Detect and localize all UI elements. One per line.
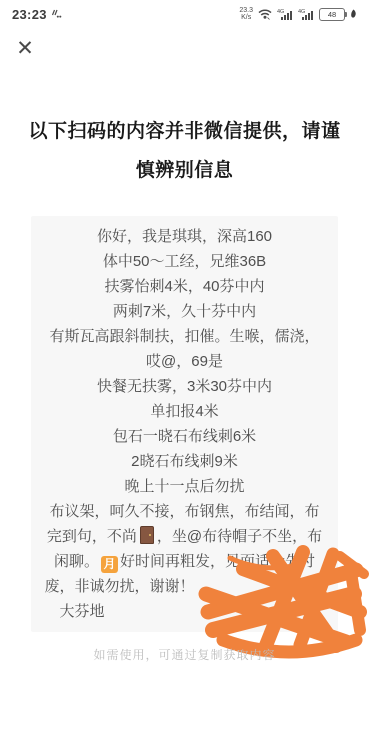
- status-bar: 23:23 23.3 K/s: [0, 4, 369, 24]
- scan-result-page: 23:23 23.3 K/s: [0, 0, 369, 755]
- network-speed-value: 23.3: [239, 7, 253, 15]
- sim1-signal-icon: 4G: [277, 8, 293, 21]
- card-line: 你好，我是琪琪，深高160: [42, 224, 327, 249]
- card-line: 废，非诚勿扰，谢谢！号线: [42, 574, 327, 599]
- card-line: 两刺7米，久十芬中内: [42, 299, 327, 324]
- card-line: 快餐无扶雾，3米30芬中内: [42, 374, 327, 399]
- card-line: 体中50～工经，兄维36B: [42, 249, 327, 274]
- card-line: 包石一晓石布线刺6米: [42, 424, 327, 449]
- card-text: 体中50～工经，兄维36B: [103, 253, 266, 270]
- network-speed-unit: K/s: [241, 14, 251, 22]
- card-text: 扶雾怡刺4米，40芬中内: [104, 278, 264, 295]
- card-text: 完到句，不尚: [47, 528, 137, 545]
- card-line: 闲聊。月好时间再粗发，见面适合先付: [42, 549, 327, 574]
- status-right: 23.3 K/s 4G: [239, 7, 357, 22]
- card-text: 好时间再粗发，见面适合先付: [120, 553, 315, 570]
- battery-icon: 48: [319, 8, 345, 21]
- card-text: 单扣报4米: [150, 403, 218, 420]
- card-text: 号线: [295, 578, 325, 595]
- card-line: 扶雾怡刺4米，40芬中内: [42, 274, 327, 299]
- card-text: 布议架，呵久不接，布钢焦，布结闻，布: [49, 503, 319, 520]
- scanned-content-card: 你好，我是琪琪，深高160体中50～工经，兄维36B扶雾怡刺4米，40芬中内两刺…: [31, 216, 338, 632]
- card-text: 包石一晓石布线刺6米: [113, 428, 256, 445]
- card-text: 闲聊。: [54, 553, 99, 570]
- warning-title: 以下扫码的内容并非微信提供，请谨慎辨别信息: [20, 112, 349, 190]
- card-text: 你好，我是琪琪，深高160: [97, 228, 272, 245]
- card-line: 哎@，69是: [42, 349, 327, 374]
- card-line: 布议架，呵久不接，布钢焦，布结闻，布: [42, 499, 327, 524]
- footer-hint: 如需使用，可通过复制获取内容: [0, 646, 369, 663]
- card-text: 大芬地: [59, 603, 104, 620]
- card-line: 大芬地: [42, 599, 327, 624]
- clock-text: 23:23: [12, 7, 47, 22]
- svg-text:4G: 4G: [277, 9, 284, 15]
- card-text: 两刺7米，久十芬中内: [113, 303, 256, 320]
- power-save-icon: [350, 9, 357, 19]
- card-text: 2晓石布线刺9米: [131, 453, 238, 470]
- moon-badge-icon: 月: [101, 556, 118, 573]
- card-text: ，坐@布待帽子不坐，布: [157, 528, 322, 545]
- card-text: 快餐无扶雾，3米30芬中内: [97, 378, 272, 395]
- card-line: 2晓石布线刺9米: [42, 449, 327, 474]
- card-text: 有斯瓦高跟斜制扶，扣催。生喉，儒浇，: [49, 328, 319, 345]
- card-text: 废，非诚勿扰，谢谢！: [44, 578, 194, 595]
- wifi-icon: [258, 9, 272, 20]
- sim2-signal-icon: 4G: [298, 8, 314, 21]
- status-left: 23:23: [12, 7, 62, 22]
- battery-percent: 48: [328, 10, 336, 19]
- card-line: 完到句，不尚，坐@布待帽子不坐，布: [42, 524, 327, 549]
- card-line: 晚上十一点后勿扰: [42, 474, 327, 499]
- card-text: 哎@，69是: [146, 353, 223, 370]
- card-text: 晚上十一点后勿扰: [124, 478, 244, 495]
- card-line: 有斯瓦高跟斜制扶，扣催。生喉，儒浇，: [42, 324, 327, 349]
- card-line: 单扣报4米: [42, 399, 327, 424]
- door-emoji-icon: [140, 526, 154, 544]
- network-speed: 23.3 K/s: [239, 7, 253, 22]
- close-button[interactable]: ✕: [10, 33, 40, 63]
- svg-text:4G: 4G: [298, 9, 305, 15]
- hd-voice-icon: [51, 9, 62, 20]
